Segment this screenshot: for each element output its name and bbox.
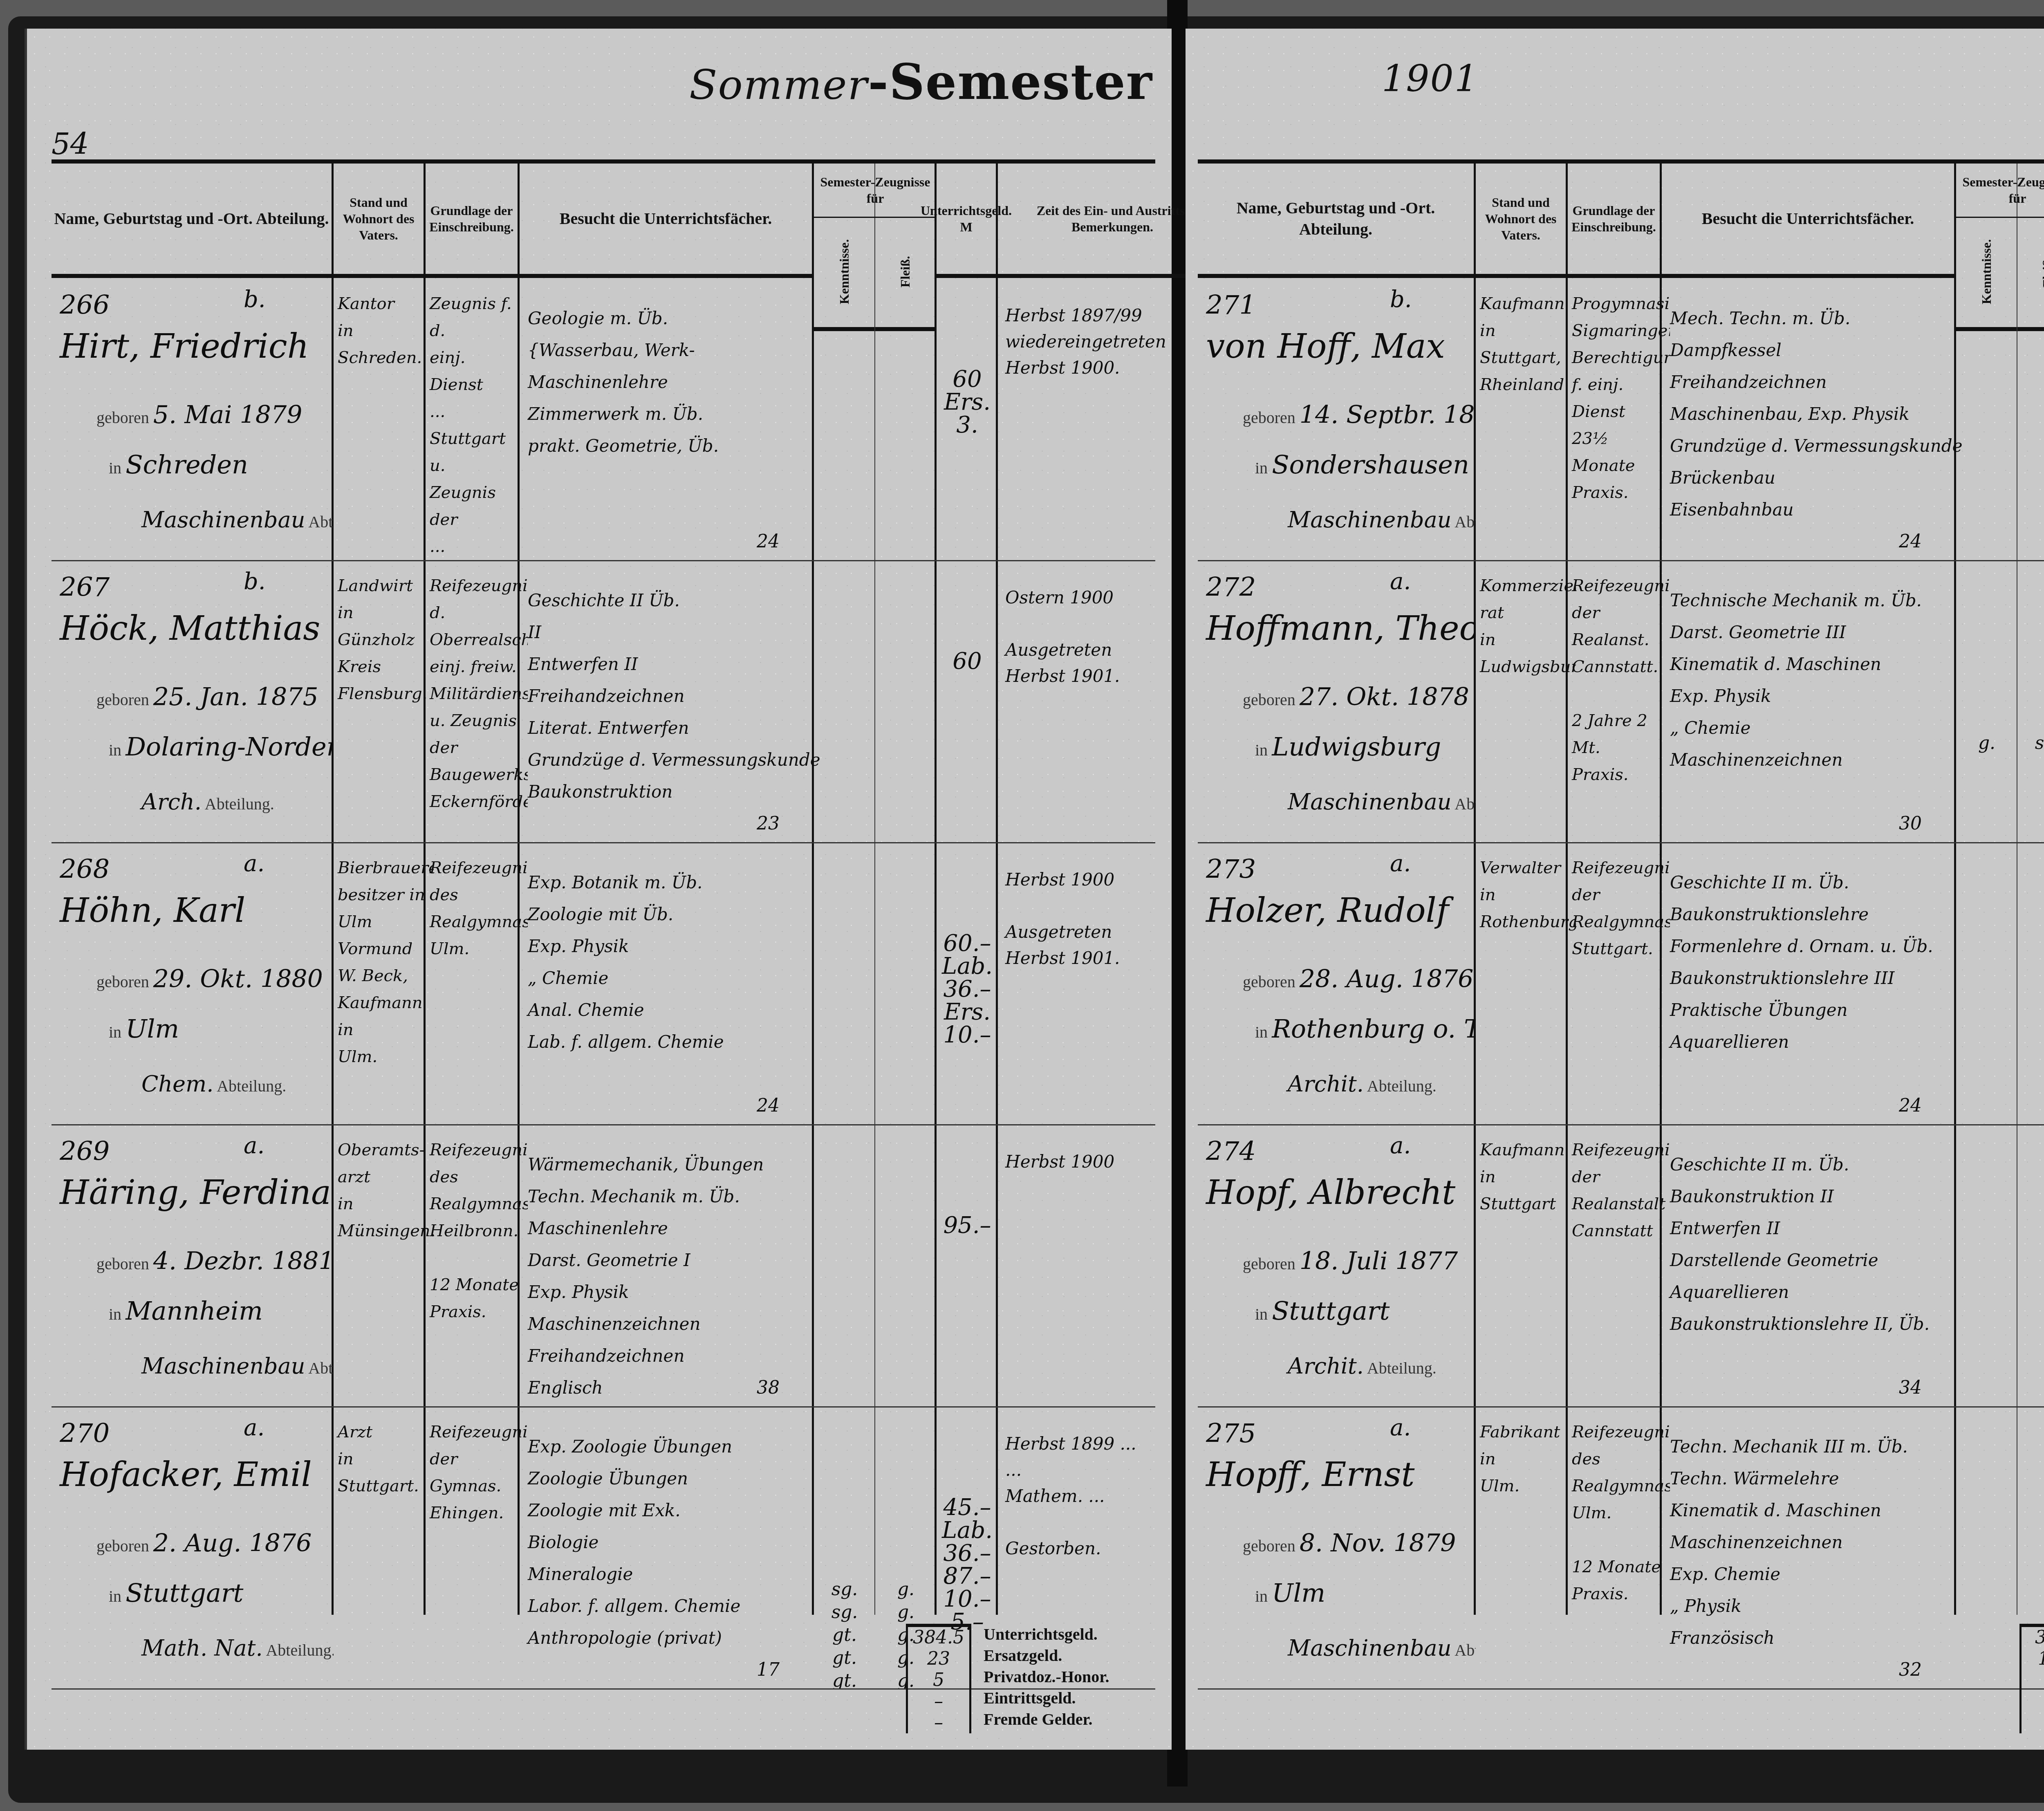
department-line: Chem. Abteilung. xyxy=(141,1071,286,1097)
entry-section: b. xyxy=(244,568,266,595)
birth-date: 14. Septbr. 1876 xyxy=(1300,401,1476,429)
entry-section: b. xyxy=(1390,286,1412,313)
birth-place: Mannheim xyxy=(126,1296,263,1326)
enrollment-basis: Reifezeugnis der Realanst. Cannstatt. 2 … xyxy=(1568,560,1670,842)
subject-hours-count: 30 xyxy=(1899,813,1922,834)
birth-date: 18. Juli 1877 xyxy=(1300,1247,1458,1275)
header-father: Stand und Wohnort des Vaters. xyxy=(1476,164,1566,278)
enrollment-basis: Zeugnis f. d. einj. Dienst ... Stuttgart… xyxy=(426,278,528,560)
birth-place-line: in Sondershausen xyxy=(1255,450,1469,480)
birth-date: 28. Aug. 1876 xyxy=(1300,965,1474,993)
subject-hours-count: 17 xyxy=(757,1659,780,1680)
enrollment-basis: Progymnasium Sigmaringen Berechtigungssc… xyxy=(1568,278,1670,560)
subjects-attended: Geschichte II m. Üb. Baukonstruktion II … xyxy=(1662,1124,1972,1406)
enrollment-basis: Reifezeugnis der Gymnas. Ehingen. xyxy=(426,1406,528,1688)
department-line: Arch. Abteilung. xyxy=(141,789,274,815)
in-label: in xyxy=(109,1587,126,1605)
fee-total-label: Fremde Gelder. xyxy=(984,1709,1109,1730)
birth-date: 8. Nov. 1879 xyxy=(1300,1529,1456,1558)
grade-kenntnisse: g. xyxy=(1956,560,2017,842)
tuition-fee: 95.– xyxy=(937,1124,998,1406)
right-page: 1901 55 Name, Geburtstag und -Ort. Abtei… xyxy=(1186,29,2044,1750)
register-entry: 271b.von Hoff, Maxgeboren 14. Septbr. 18… xyxy=(1198,278,2044,561)
department-label: Abteilung. xyxy=(1364,1077,1437,1095)
department-label: Abteilung. xyxy=(1364,1359,1437,1377)
header-basis: Grundlage der Einschreibung. xyxy=(1568,164,1660,278)
grade-kenntnisse xyxy=(814,278,875,560)
born-label: geboren xyxy=(96,690,153,709)
student-name: Hopff, Ernst xyxy=(1206,1455,1415,1494)
fee-summary-values: 36013.––– xyxy=(2019,1624,2044,1733)
name-cell: 270a.Hofacker, Emilgeboren 2. Aug. 1876i… xyxy=(52,1406,334,1688)
fee-total-value: – xyxy=(908,1712,969,1733)
enrollment-basis: Reifezeugnis d. Oberrealschule einj. fre… xyxy=(426,560,528,842)
grade-fleiss xyxy=(2017,842,2044,1124)
in-label: in xyxy=(1255,1023,1272,1041)
grade-fleiss xyxy=(2017,278,2044,560)
father-occupation: Kommerzien- rat in Ludwigsburg xyxy=(1476,560,1576,842)
subjects-attended: Geschichte II m. Üb. Baukonstruktionsleh… xyxy=(1662,842,1972,1124)
department-line: Archit. Abteilung. xyxy=(1288,1353,1437,1379)
grade-kenntnisse xyxy=(1956,842,2017,1124)
subject-hours-count: 34 xyxy=(1899,1377,1922,1398)
entry-number: 273 xyxy=(1206,854,1256,885)
birth-date: 2. Aug. 1876 xyxy=(153,1529,312,1558)
born-label: geboren xyxy=(96,973,153,991)
entry-number: 270 xyxy=(60,1419,110,1449)
in-label: in xyxy=(1255,1587,1272,1605)
semester-season-handwritten: Sommer xyxy=(689,61,868,109)
birth-date-line: geboren 18. Juli 1877 xyxy=(1243,1247,1458,1275)
name-cell: 272a.Hoffmann, Theodorgeboren 27. Okt. 1… xyxy=(1198,560,1476,842)
father-occupation: Oberamts- arzt in Münsingen. xyxy=(334,1124,434,1406)
register-entry: 274a.Hopf, Albrechtgeboren 18. Juli 1877… xyxy=(1198,1124,2044,1408)
student-name: Hoffmann, Theodor xyxy=(1206,609,1476,648)
fee-summary-right: 36013.––– Unterrichtsgeld.Ersatzgeld.Pri… xyxy=(2019,1624,2044,1733)
grade-kenntnisse xyxy=(1956,278,2017,560)
birth-place-line: in Ludwigsburg xyxy=(1255,732,1441,762)
fee-total-value: 23 xyxy=(908,1648,969,1670)
department: Arch. xyxy=(141,789,202,815)
birth-place: Ulm xyxy=(1272,1578,1325,1608)
department: Archit. xyxy=(1288,1071,1364,1097)
register-entry: 269a.Häring, Ferdinandgeboren 4. Dezbr. … xyxy=(52,1124,1155,1408)
birth-place: Sondershausen xyxy=(1272,450,1469,480)
department: Math. Nat. xyxy=(141,1635,263,1661)
subjects-attended: Geologie m. Üb. {Wasserbau, Werk- Maschi… xyxy=(520,278,830,560)
header-basis: Grundlage der Einschreibung. xyxy=(426,164,518,278)
birth-place-line: in Stuttgart xyxy=(109,1578,243,1608)
tuition-fee: 60 xyxy=(937,560,998,842)
birth-place-line: in Rothenburg o. Tauber xyxy=(1255,1014,1476,1044)
entry-section: a. xyxy=(1390,850,1411,877)
birth-place: Stuttgart xyxy=(1272,1296,1390,1326)
birth-date: 25. Jan. 1875 xyxy=(153,683,318,711)
register-entry: 268a.Höhn, Karlgeboren 29. Okt. 1880in U… xyxy=(52,842,1155,1125)
name-cell: 271b.von Hoff, Maxgeboren 14. Septbr. 18… xyxy=(1198,278,1476,560)
entry-section: a. xyxy=(1390,1132,1411,1159)
birth-date-line: geboren 4. Dezbr. 1881 xyxy=(96,1247,334,1275)
in-label: in xyxy=(109,741,126,759)
student-name: Hirt, Friedrich xyxy=(60,327,309,366)
department-label: Abteilung. xyxy=(305,1359,334,1377)
department: Archit. xyxy=(1288,1353,1364,1379)
born-label: geboren xyxy=(1243,1255,1300,1273)
born-label: geboren xyxy=(1243,690,1300,709)
born-label: geboren xyxy=(96,1255,153,1273)
entry-number: 272 xyxy=(1206,572,1256,603)
enrollment-basis: Reifezeugnis des Realgymnas. Heilbronn. … xyxy=(426,1124,528,1406)
fee-summary-left: 384.5235–– Unterrichtsgeld.Ersatzgeld.Pr… xyxy=(906,1624,1109,1733)
born-label: geboren xyxy=(1243,408,1300,427)
register-entry: 266b.Hirt, Friedrichgeboren 5. Mai 1879i… xyxy=(52,278,1155,561)
birth-date-line: geboren 5. Mai 1879 xyxy=(96,401,302,429)
fee-total-value: 13. xyxy=(2022,1648,2044,1670)
birth-place: Schreden xyxy=(126,450,248,480)
subject-hours-count: 24 xyxy=(1899,1095,1922,1116)
fee-total-label: Ersatzgeld. xyxy=(984,1645,1109,1666)
header-fee: Unterrichtsgeld. M xyxy=(937,164,996,278)
register-entry: 273a.Holzer, Rudolfgeboren 28. Aug. 1876… xyxy=(1198,842,2044,1125)
entry-number: 266 xyxy=(60,290,110,321)
entry-number: 267 xyxy=(60,572,110,603)
subject-hours-count: 24 xyxy=(757,1095,780,1116)
grade-kenntnisse xyxy=(814,560,875,842)
semester-title: Sommer-Semester xyxy=(689,53,1153,111)
department: Maschinenbau xyxy=(1288,507,1452,533)
department-label: Abteilung. xyxy=(1452,1641,1476,1659)
subjects-attended: Exp. Zoologie Übungen Zoologie Übungen Z… xyxy=(520,1406,830,1688)
fee-summary-values: 384.5235–– xyxy=(906,1624,971,1733)
subjects-attended: Geschichte II Üb. II Entwerfen II Freiha… xyxy=(520,560,830,842)
fee-total-value: 384.5 xyxy=(908,1627,969,1648)
register-entry: 267b.Höck, Matthiasgeboren 25. Jan. 1875… xyxy=(52,560,1155,843)
birth-place-line: in Ulm xyxy=(109,1014,179,1044)
student-name: Häring, Ferdinand xyxy=(60,1173,334,1212)
name-cell: 273a.Holzer, Rudolfgeboren 28. Aug. 1876… xyxy=(1198,842,1476,1124)
father-occupation: Arzt in Stuttgart. xyxy=(334,1406,434,1688)
fee-total-value: – xyxy=(2022,1670,2044,1691)
birth-date-line: geboren 8. Nov. 1879 xyxy=(1243,1529,1456,1558)
department-line: Maschinenbau Abteilung. xyxy=(1288,789,1476,815)
department: Maschinenbau xyxy=(1288,789,1452,815)
in-label: in xyxy=(1255,459,1272,477)
fee-total-label: Privatdoz.-Honor. xyxy=(984,1666,1109,1688)
grade-kenntnisse xyxy=(1956,1406,2017,1688)
tuition-fee: 60 Ers. 3. xyxy=(937,278,998,560)
register-table-right: Name, Geburtstag und -Ort. Abteilung. St… xyxy=(1198,164,2044,1615)
birth-date: 5. Mai 1879 xyxy=(153,401,302,429)
fee-summary-labels: Unterrichtsgeld.Ersatzgeld.Privatdoz.-Ho… xyxy=(971,1624,1109,1733)
entry-number: 274 xyxy=(1206,1136,1256,1167)
fee-total-value: – xyxy=(2022,1712,2044,1733)
tuition-fee: 60.– Lab. 36.– Ers. 10.– xyxy=(937,842,998,1124)
birth-date: 4. Dezbr. 1881 xyxy=(153,1247,334,1275)
student-name: Hofacker, Emil xyxy=(60,1455,312,1494)
department-line: Maschinenbau Abteilung. xyxy=(141,1353,334,1379)
subject-hours-count: 32 xyxy=(1899,1659,1922,1680)
grade-kenntnisse xyxy=(1956,1124,2017,1406)
birth-place: Stuttgart xyxy=(126,1578,243,1608)
header-subjects: Besucht die Unterrichtsfächer. xyxy=(520,164,812,278)
student-name: Hopf, Albrecht xyxy=(1206,1173,1455,1212)
in-label: in xyxy=(109,1305,126,1323)
department: Maschinenbau xyxy=(1288,1635,1452,1661)
subjects-attended: Mech. Techn. m. Üb. Dampfkessel Freihand… xyxy=(1662,278,1972,560)
father-occupation: Bierbrauerei- besitzer in Ulm Vormund W.… xyxy=(334,842,434,1124)
name-cell: 275a.Hopff, Ernstgeboren 8. Nov. 1879in … xyxy=(1198,1406,1476,1688)
header-name: Name, Geburtstag und -Ort. Abteilung. xyxy=(1198,164,1474,278)
entries-right: 271b.von Hoff, Maxgeboren 14. Septbr. 18… xyxy=(1198,278,2044,1615)
year-handwritten: 1901 xyxy=(1382,57,1479,100)
department-label: Abteilung. xyxy=(1452,513,1476,531)
enrollment-basis: Reifezeugnis der Realanstalt Cannstatt xyxy=(1568,1124,1670,1406)
entry-number: 275 xyxy=(1206,1419,1256,1449)
subject-hours-count: 38 xyxy=(757,1377,780,1398)
entry-section: a. xyxy=(244,1414,264,1441)
student-name: Höck, Matthias xyxy=(60,609,320,648)
grade-fleiss xyxy=(875,1124,937,1406)
birth-place: Rothenburg o. Tauber xyxy=(1272,1014,1476,1044)
register-table-left: Name, Geburtstag und -Ort. Abteilung. St… xyxy=(52,164,1155,1615)
department: Maschinenbau xyxy=(141,507,305,533)
born-label: geboren xyxy=(96,1537,153,1555)
birth-place: Dolaring-Norderfeld xyxy=(126,732,334,762)
in-label: in xyxy=(1255,1305,1272,1323)
department-line: Maschinenbau Abteilung. xyxy=(141,507,334,533)
fee-total-label: Eintrittsgeld. xyxy=(984,1688,1109,1709)
entries-left: 266b.Hirt, Friedrichgeboren 5. Mai 1879i… xyxy=(52,278,1155,1615)
father-occupation: Verwalter in Rothenburg xyxy=(1476,842,1576,1124)
birth-date-line: geboren 2. Aug. 1876 xyxy=(96,1529,312,1558)
entry-number: 268 xyxy=(60,854,110,885)
grade-fleiss: sg. xyxy=(2017,560,2044,842)
entry-section: a. xyxy=(244,850,264,877)
fee-total-value: 5 xyxy=(908,1670,969,1691)
entry-section: b. xyxy=(244,286,266,313)
header-subjects: Besucht die Unterrichtsfächer. xyxy=(1662,164,1954,278)
birth-date: 29. Okt. 1880 xyxy=(153,965,323,993)
department-label: Abteilung. xyxy=(305,513,334,531)
register-entry: 272a.Hoffmann, Theodorgeboren 27. Okt. 1… xyxy=(1198,560,2044,843)
top-rule xyxy=(1198,159,2044,164)
subject-hours-count: 24 xyxy=(757,531,780,552)
father-occupation: Kantor in Schreden. xyxy=(334,278,434,560)
fee-total-value: 360 xyxy=(2022,1627,2044,1648)
header-father: Stand und Wohnort des Vaters. xyxy=(334,164,424,278)
header-name: Name, Geburtstag und -Ort. Abteilung. xyxy=(52,164,332,278)
entry-section: a. xyxy=(1390,1414,1411,1441)
birth-date-line: geboren 28. Aug. 1876 xyxy=(1243,965,1474,993)
grade-fleiss xyxy=(875,278,937,560)
birth-place-line: in Ulm xyxy=(1255,1578,1325,1608)
semester-label-printed: -Semester xyxy=(868,53,1153,111)
father-occupation: Fabrikant in Ulm. xyxy=(1476,1406,1576,1688)
entry-section: a. xyxy=(1390,568,1411,595)
fee-total-value: – xyxy=(2022,1691,2044,1712)
subject-hours-count: 24 xyxy=(1899,531,1922,552)
name-cell: 266b.Hirt, Friedrichgeboren 5. Mai 1879i… xyxy=(52,278,334,560)
born-label: geboren xyxy=(1243,1537,1300,1555)
father-occupation: Kaufmann in Stuttgart xyxy=(1476,1124,1576,1406)
born-label: geboren xyxy=(1243,973,1300,991)
in-label: in xyxy=(109,459,126,477)
department-line: Archit. Abteilung. xyxy=(1288,1071,1437,1097)
name-cell: 268a.Höhn, Karlgeboren 29. Okt. 1880in U… xyxy=(52,842,334,1124)
department: Maschinenbau xyxy=(141,1353,305,1379)
department-label: Abteilung. xyxy=(202,795,274,813)
birth-place: Ulm xyxy=(126,1014,179,1044)
in-label: in xyxy=(1255,741,1272,759)
department: Chem. xyxy=(141,1071,213,1097)
subjects-attended: Exp. Botanik m. Üb. Zoologie mit Üb. Exp… xyxy=(520,842,830,1124)
birth-place-line: in Stuttgart xyxy=(1255,1296,1390,1326)
in-label: in xyxy=(109,1023,126,1041)
header-semester-certs: Semester-Zeugnisse für xyxy=(1956,164,2044,218)
grade-fleiss xyxy=(875,560,937,842)
register-entry: 275a.Hopff, Ernstgeboren 8. Nov. 1879in … xyxy=(1198,1406,2044,1690)
father-occupation: Kaufmann in Stuttgart, Rheinland xyxy=(1476,278,1576,560)
department-line: Math. Nat. Abteilung. xyxy=(141,1635,334,1661)
name-cell: 274a.Hopf, Albrechtgeboren 18. Juli 1877… xyxy=(1198,1124,1476,1406)
birth-place-line: in Schreden xyxy=(109,450,248,480)
birth-place: Ludwigsburg xyxy=(1272,732,1441,762)
header-semester-certs: Semester-Zeugnisse für xyxy=(814,164,937,218)
student-name: Höhn, Karl xyxy=(60,891,245,930)
birth-date-line: geboren 25. Jan. 1875 xyxy=(96,683,318,711)
grade-fleiss xyxy=(2017,1124,2044,1406)
student-name: Holzer, Rudolf xyxy=(1206,891,1449,930)
page-number-left: 54 xyxy=(52,127,89,161)
left-page: Sommer-Semester 54 Name, Geburtstag und … xyxy=(25,29,1172,1750)
name-cell: 267b.Höck, Matthiasgeboren 25. Jan. 1875… xyxy=(52,560,334,842)
subjects-attended: Wärmemechanik, Übungen Techn. Mechanik m… xyxy=(520,1124,830,1406)
father-occupation: Landwirt in Günzholz Kreis Flensburg. xyxy=(334,560,434,842)
department-label: Abteilung. xyxy=(213,1077,286,1095)
entry-number: 269 xyxy=(60,1136,110,1167)
name-cell: 269a.Häring, Ferdinandgeboren 4. Dezbr. … xyxy=(52,1124,334,1406)
birth-date-line: geboren 14. Septbr. 1876 xyxy=(1243,401,1476,429)
birth-place-line: in Mannheim xyxy=(109,1296,263,1326)
grade-kenntnisse: sg. sg. gt. gt. gt. xyxy=(814,1406,875,1688)
grade-fleiss xyxy=(875,842,937,1124)
birth-date-line: geboren 27. Okt. 1878 xyxy=(1243,683,1469,711)
enrollment-basis: Reifezeugnis des Realgymnas. Ulm. 12 Mon… xyxy=(1568,1406,1670,1688)
grade-kenntnisse xyxy=(814,1124,875,1406)
birth-place-line: in Dolaring-Norderfeld xyxy=(109,732,334,762)
department-label: Abteilung. xyxy=(1452,795,1476,813)
birth-date-line: geboren 29. Okt. 1880 xyxy=(96,965,323,993)
enrollment-basis: Reifezeugnis der Realgymnas. Stuttgart. xyxy=(1568,842,1670,1124)
grade-kenntnisse xyxy=(814,842,875,1124)
fee-total-value: – xyxy=(908,1691,969,1712)
department-line: Maschinenbau Abteilung. xyxy=(1288,507,1476,533)
student-name: von Hoff, Max xyxy=(1206,327,1445,366)
department-line: Maschinenbau Abteilung. xyxy=(1288,1635,1476,1661)
fee-total-label: Unterrichtsgeld. xyxy=(984,1624,1109,1645)
born-label: geboren xyxy=(96,408,153,427)
department-label: Abteilung. xyxy=(263,1641,334,1659)
entry-section: a. xyxy=(244,1132,264,1159)
subjects-attended: Techn. Mechanik III m. Üb. Techn. Wärmel… xyxy=(1662,1406,1972,1688)
top-rule xyxy=(52,159,1155,164)
birth-date: 27. Okt. 1878 xyxy=(1300,683,1469,711)
subject-hours-count: 23 xyxy=(757,813,780,834)
subjects-attended: Technische Mechanik m. Üb. Darst. Geomet… xyxy=(1662,560,1972,842)
entry-number: 271 xyxy=(1206,290,1256,321)
enrollment-basis: Reifezeugnis des Realgymnas. Ulm. xyxy=(426,842,528,1124)
